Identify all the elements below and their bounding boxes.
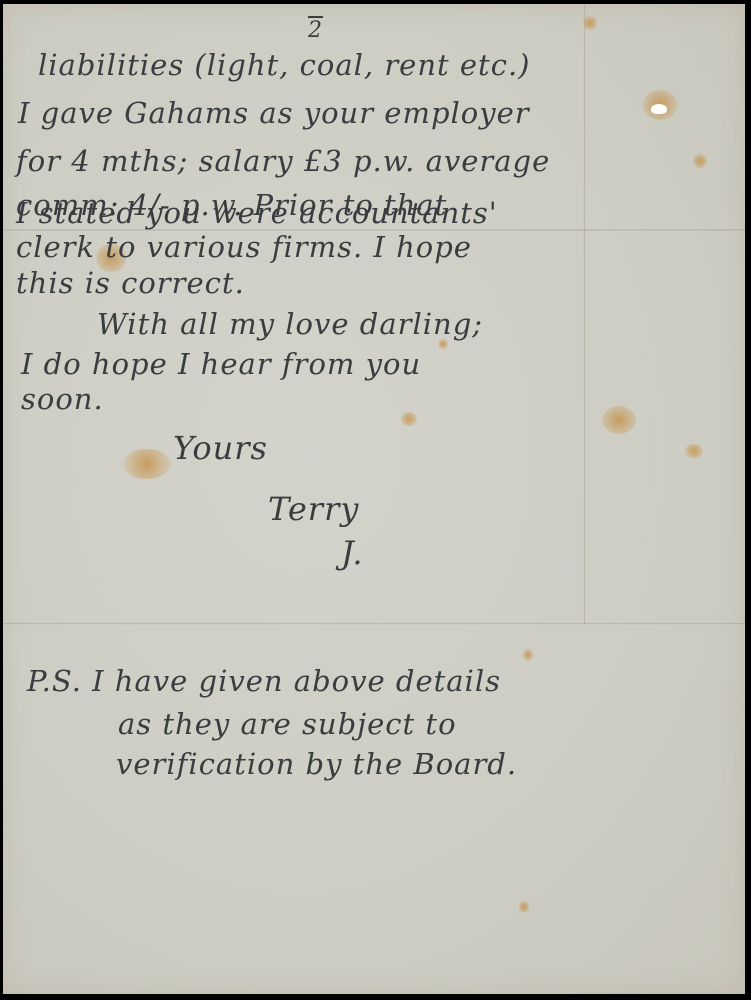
stain-spot <box>685 444 703 458</box>
postscript-line: as they are subject to <box>118 707 457 741</box>
stain-spot <box>523 649 533 661</box>
body-line: liabilities (light, coal, rent etc.) <box>38 48 530 82</box>
body-line: I gave Gahams as your employer <box>18 96 530 130</box>
valediction: Yours <box>173 429 268 467</box>
vertical-fold-line <box>583 4 586 624</box>
paper-hole <box>651 104 667 114</box>
stain-spot <box>519 901 529 913</box>
body-line: I stated you were accountants' <box>16 196 498 230</box>
closing-line: With all my love darling; <box>97 307 483 341</box>
signature: Terry <box>268 490 359 528</box>
closing-line: soon. <box>21 382 104 416</box>
letter-page: 2 liabilities (light, coal, rent etc.) I… <box>3 4 745 994</box>
body-line: clerk to various firms. I hope <box>16 230 472 264</box>
closing-line: I do hope I hear from you <box>21 347 421 381</box>
stain-spot <box>602 406 636 434</box>
stain-spot <box>401 412 417 426</box>
stain-spot <box>123 449 171 479</box>
postscript-line: verification by the Board. <box>116 747 517 781</box>
body-line: for 4 mths; salary £3 p.w. average <box>16 144 550 178</box>
signature-initial: J. <box>341 534 364 572</box>
body-line: this is correct. <box>16 266 245 300</box>
horizontal-fold-line <box>3 622 745 625</box>
stain-spot <box>693 154 707 168</box>
postscript-line: P.S. I have given above details <box>27 664 501 698</box>
stain-spot <box>583 16 597 30</box>
page-number: 2 <box>308 18 323 43</box>
